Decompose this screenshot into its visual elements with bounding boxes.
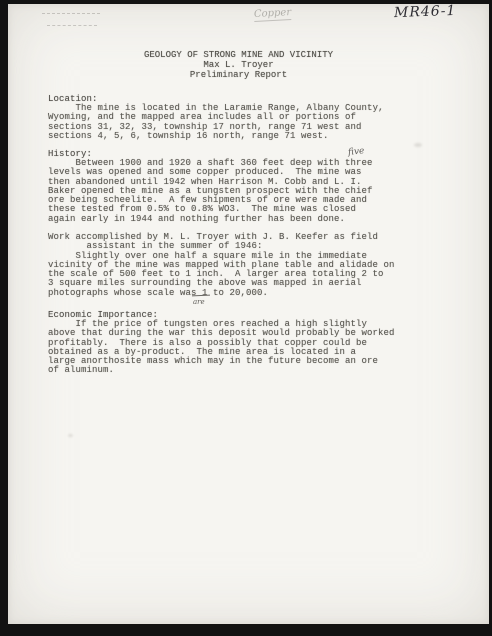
pencil-mark	[42, 13, 100, 14]
location-paragraph: The mine is located in the Laramie Range…	[48, 104, 448, 141]
title-block: GEOLOGY OF STRONG MINE AND VICINITY Max …	[0, 50, 479, 80]
photo-smudge	[414, 143, 422, 147]
handwritten-catalog-number: MR46-1	[394, 3, 457, 21]
history-paragraph: Between 1900 and 1920 a shaft 360 feet d…	[48, 159, 448, 224]
pencil-correction-are: are	[193, 298, 205, 306]
scanned-document-photo: Copper MR46-1 GEOLOGY OF STRONG MINE AND…	[0, 0, 492, 636]
work-paragraph: Work accomplished by M. L. Troyer with J…	[48, 233, 456, 298]
report-page: Copper MR46-1 GEOLOGY OF STRONG MINE AND…	[8, 4, 489, 624]
pencil-mark	[47, 25, 97, 26]
report-subtitle: Preliminary Report	[0, 70, 479, 80]
photo-smudge	[68, 434, 73, 437]
report-title: GEOLOGY OF STRONG MINE AND VICINITY	[0, 50, 479, 60]
economic-paragraph: If the price of tungsten ores reached a …	[48, 320, 456, 376]
report-author: Max L. Troyer	[0, 60, 479, 70]
pencil-note-copper: Copper	[254, 7, 292, 22]
pencil-correction-five: five	[348, 146, 365, 158]
